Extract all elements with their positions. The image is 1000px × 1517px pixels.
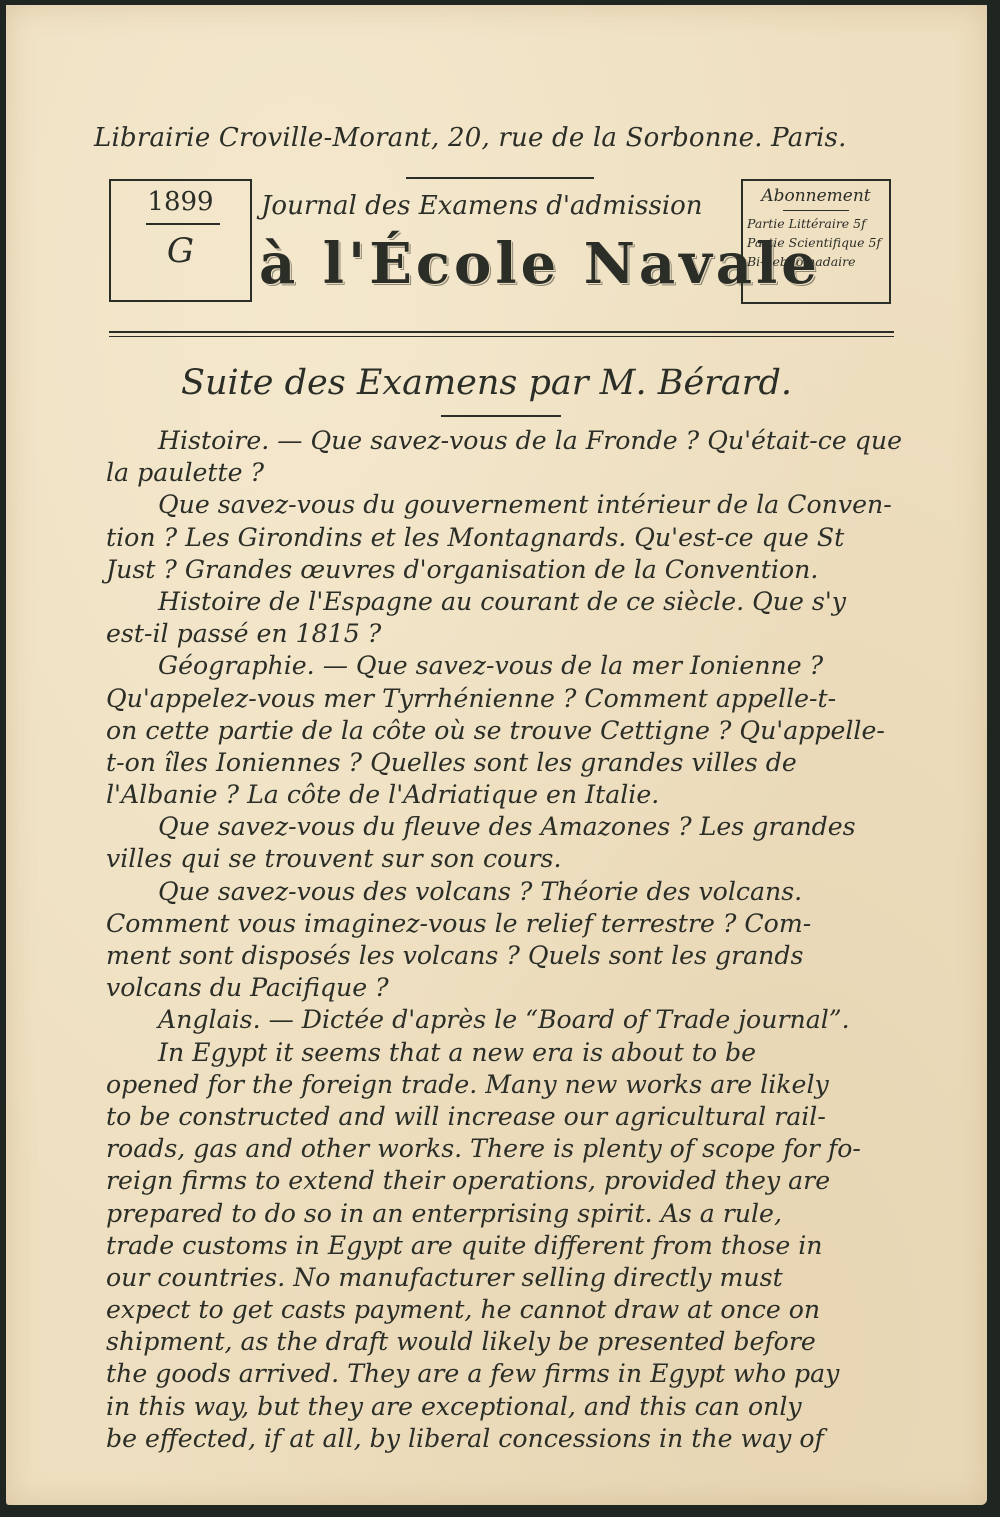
text-line: t-on îles Ioniennes ? Quelles sont les g… <box>106 747 906 779</box>
body-text: Histoire. — Que savez-vous de la Fronde … <box>106 425 906 1455</box>
text-line: prepared to do so in an enterprising spi… <box>106 1198 906 1230</box>
text-line: Que savez-vous du fleuve des Amazones ? … <box>106 811 906 843</box>
text-line: to be constructed and will increase our … <box>106 1101 906 1133</box>
text-line: Qu'appelez-vous mer Tyrrhénienne ? Comme… <box>106 683 906 715</box>
text-line: reign firms to extend their operations, … <box>106 1165 906 1197</box>
text-line: villes qui se trouvent sur son cours. <box>106 843 906 875</box>
text-line: l'Albanie ? La côte de l'Adriatique en I… <box>106 779 906 811</box>
subscription-line-frequency: Bi-hebdomadaire <box>747 252 885 271</box>
issue-number: G <box>111 231 250 271</box>
section-rule <box>441 415 561 417</box>
text-line: Just ? Grandes œuvres d'organisation de … <box>106 554 906 586</box>
text-line: roads, gas and other works. There is ple… <box>106 1133 906 1165</box>
issue-year: 1899 <box>111 187 250 217</box>
text-line: expect to get casts payment, he cannot d… <box>106 1294 906 1326</box>
subscription-box: Abonnement Partie Littéraire 5f Partie S… <box>741 179 891 304</box>
text-line: la paulette ? <box>106 457 906 489</box>
text-line: opened for the foreign trade. Many new w… <box>106 1069 906 1101</box>
section-title: Suite des Examens par M. Bérard. <box>181 363 831 403</box>
text-line: our countries. No manufacturer selling d… <box>106 1262 906 1294</box>
title-rule <box>406 177 594 179</box>
text-line: tion ? Les Girondins et les Montagnards.… <box>106 522 906 554</box>
journal-title: Journal des Examens d'admission <box>261 191 741 221</box>
text-line: Anglais. — Dictée d'après le “Board of T… <box>106 1004 906 1036</box>
text-line: ment sont disposés les volcans ? Quels s… <box>106 940 906 972</box>
text-line: In Egypt it seems that a new era is abou… <box>106 1037 906 1069</box>
text-line: Que savez-vous des volcans ? Théorie des… <box>106 876 906 908</box>
text-line: the goods arrived. They are a few firms … <box>106 1358 906 1390</box>
text-line: est-il passé en 1815 ? <box>106 618 906 650</box>
publisher-line: Librairie Croville-Morant, 20, rue de la… <box>94 123 904 153</box>
text-line: shipment, as the draft would likely be p… <box>106 1326 906 1358</box>
subscription-divider <box>783 210 849 211</box>
text-line: trade customs in Egypt are quite differe… <box>106 1230 906 1262</box>
subscription-line-scientifique: Partie Scientifique 5f <box>747 233 885 252</box>
text-line: in this way, but they are exceptional, a… <box>106 1391 906 1423</box>
masthead-double-rule <box>109 331 894 337</box>
subscription-heading: Abonnement <box>747 185 885 207</box>
text-line: volcans du Pacifique ? <box>106 972 906 1004</box>
text-line: on cette partie de la côte où se trouve … <box>106 715 906 747</box>
issue-box: 1899 G <box>109 179 252 302</box>
journal-subtitle: à l'École Navale <box>259 231 734 297</box>
text-line: Comment vous imaginez-vous le relief ter… <box>106 908 906 940</box>
text-line: be effected, if at all, by liberal conce… <box>106 1423 906 1455</box>
issue-divider <box>146 223 220 225</box>
text-line: Que savez-vous du gouvernement intérieur… <box>106 489 906 521</box>
document-page: Librairie Croville-Morant, 20, rue de la… <box>6 5 987 1505</box>
text-line: Géographie. — Que savez-vous de la mer I… <box>106 650 906 682</box>
text-line: Histoire de l'Espagne au courant de ce s… <box>106 586 906 618</box>
text-line: Histoire. — Que savez-vous de la Fronde … <box>106 425 906 457</box>
subscription-line-litteraire: Partie Littéraire 5f <box>747 214 885 233</box>
masthead: 1899 G Journal des Examens d'admission à… <box>109 179 894 309</box>
